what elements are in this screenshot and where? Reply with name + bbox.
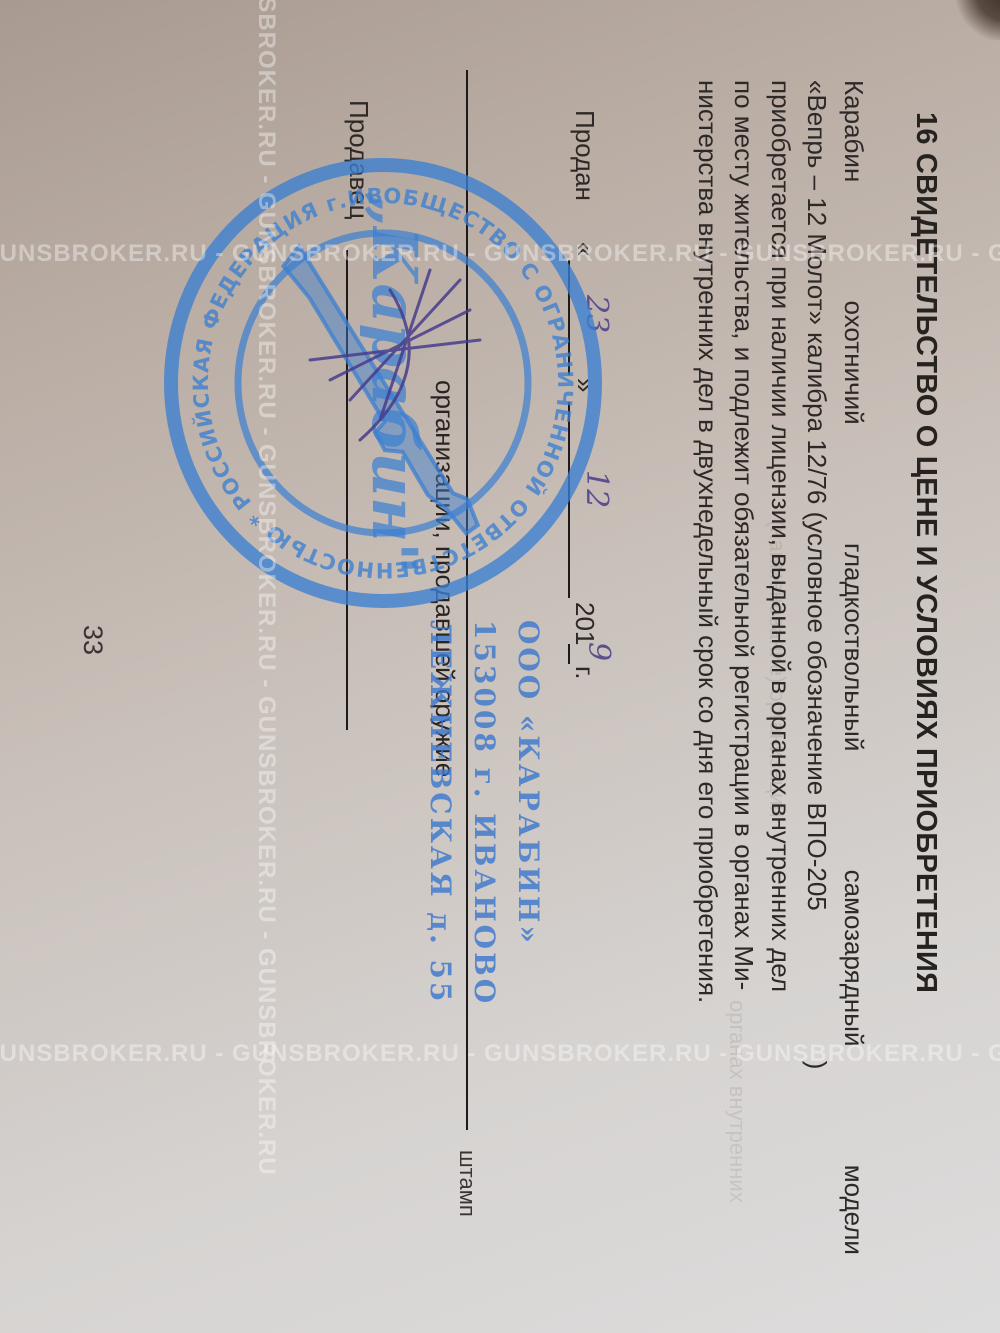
document-photo: 16 СВИДЕТЕЛЬСТВО О ЦЕНЕ И УСЛОВИЯХ ПРИОБ… [0, 0, 1000, 1333]
stamp-company: ООО «КАРАБИН» [506, 620, 550, 1006]
seller-signature [300, 250, 500, 470]
word: самозарядный [836, 870, 873, 1047]
watermark-row-2: GUNSBROKER.RU - GUNSBROKER.RU - GUNSBROK… [0, 1040, 1000, 1068]
word: модели [836, 1165, 873, 1255]
stamp-label: штамп [454, 1150, 480, 1217]
page-number: 33 [77, 625, 108, 655]
year-suffix: г. [569, 666, 600, 680]
model-text: «Вепрь – 12 Молот» калибра 12/76 (условн… [803, 80, 833, 911]
word: охотничий [836, 301, 873, 425]
word: гладкоствольный [836, 543, 873, 751]
passport-page: 16 СВИДЕТЕЛЬСТВО О ЦЕНЕ И УСЛОВИЯХ ПРИОБ… [0, 0, 1000, 1333]
stamp-street: ЛЕЖНЕВСКАЯ д. 55 [418, 620, 462, 1006]
rectangular-stamp: ООО «КАРАБИН» 153008 г. ИВАНОВО ЛЕЖНЕВСК… [418, 620, 550, 1006]
watermark-row-1: GUNSBROKER.RU - GUNSBROKER.RU - GUNSBROK… [0, 240, 1000, 268]
word: Карабин [836, 80, 873, 182]
stamp-city: 153008 г. ИВАНОВО [462, 620, 506, 1006]
handwritten-year-digit: 9 [581, 642, 616, 661]
year-underline [569, 644, 571, 664]
watermark: GUNSBROKER.RU - GUNSBROKER.RU - GUNSBROK… [252, 0, 280, 1176]
